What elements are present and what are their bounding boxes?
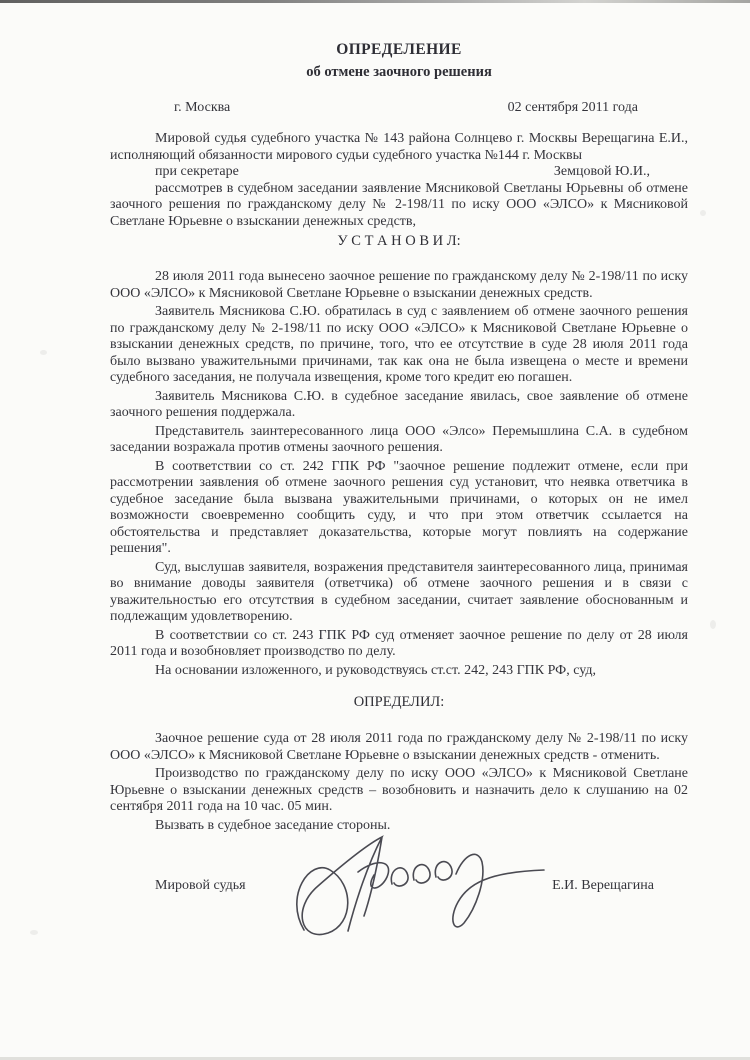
judge-title-label: Мировой судья bbox=[155, 878, 246, 894]
paragraph: В соответствии со ст. 242 ГПК РФ "заочно… bbox=[110, 459, 688, 558]
secretary-name: Земцовой Ю.И., bbox=[554, 164, 688, 181]
scan-speck bbox=[30, 930, 38, 935]
judge-name-label: Е.И. Верещагина bbox=[552, 878, 654, 894]
paragraph: Производство по гражданскому делу по иск… bbox=[110, 766, 688, 816]
secretary-line: при секретаре Земцовой Ю.И., bbox=[110, 164, 688, 181]
considered-paragraph: рассмотрев в судебном заседании заявлени… bbox=[110, 181, 688, 231]
paragraph: Суд, выслушав заявителя, возражения пред… bbox=[110, 560, 688, 626]
paragraph: 28 июля 2011 года вынесено заочное решен… bbox=[110, 269, 688, 302]
paragraph: На основании изложенного, и руководствуя… bbox=[110, 663, 688, 680]
scan-edge-top bbox=[0, 0, 750, 3]
paragraph: В соответствии со ст. 243 ГПК РФ суд отм… bbox=[110, 628, 688, 661]
decided-heading: ОПРЕДЕЛИЛ: bbox=[110, 694, 688, 711]
established-heading: У С Т А Н О В И Л: bbox=[110, 233, 688, 250]
established-section: 28 июля 2011 года вынесено заочное решен… bbox=[110, 269, 688, 679]
city-label: г. Москва bbox=[174, 99, 230, 116]
judge-intro-paragraph: Мировой судья судебного участка № 143 ра… bbox=[110, 131, 688, 164]
document-subtitle: об отмене заочного решения bbox=[110, 63, 688, 82]
document-content: ОПРЕДЕЛЕНИЕ об отмене заочного решения г… bbox=[110, 40, 688, 967]
scan-speck bbox=[710, 620, 716, 629]
decided-section: Заочное решение суда от 28 июля 2011 год… bbox=[110, 731, 688, 834]
paragraph: Заявитель Мясникова С.Ю. обратилась в су… bbox=[110, 304, 688, 387]
scan-speck bbox=[40, 350, 47, 355]
paragraph: Представитель заинтересованного лица ООО… bbox=[110, 424, 688, 457]
document-title: ОПРЕДЕЛЕНИЕ bbox=[110, 40, 688, 60]
paragraph: Заявитель Мясникова С.Ю. в судебное засе… bbox=[110, 389, 688, 422]
scanned-court-order-page: ОПРЕДЕЛЕНИЕ об отмене заочного решения г… bbox=[0, 0, 750, 1060]
place-date-line: г. Москва 02 сентября 2011 года bbox=[110, 99, 688, 116]
scan-speck bbox=[700, 210, 706, 216]
date-label: 02 сентября 2011 года bbox=[508, 99, 638, 116]
paragraph: Заочное решение суда от 28 июля 2011 год… bbox=[110, 731, 688, 764]
secretary-label: при секретаре bbox=[110, 164, 239, 181]
signature-icon bbox=[292, 830, 547, 955]
signature-row: Мировой судья Е.И. Верещагина bbox=[110, 852, 688, 967]
